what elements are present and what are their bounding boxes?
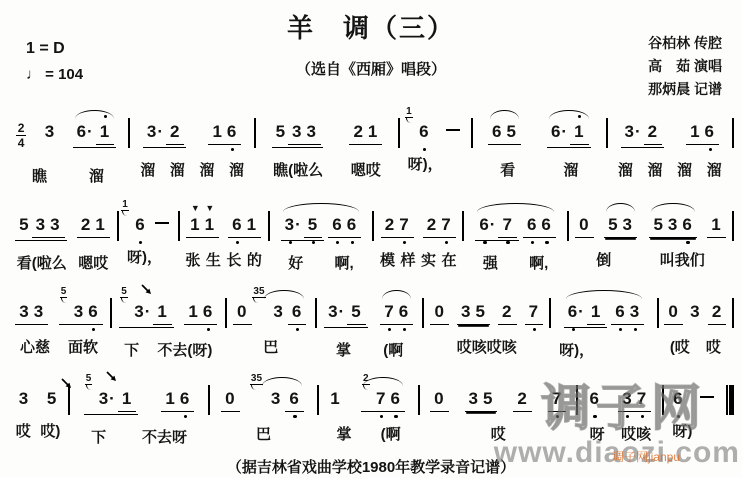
- beam-group: 3·5: [281, 215, 325, 241]
- note: 6: [613, 302, 627, 322]
- note-digit: 1: [690, 122, 700, 142]
- measure-notes: 3·5116: [112, 282, 225, 339]
- beam-group: 1: [707, 215, 725, 238]
- note-digit: 5: [47, 389, 57, 409]
- note: 61: [133, 215, 147, 235]
- measure: 3·216溜溜溜溜: [608, 102, 732, 186]
- note-digit: 3·: [625, 122, 642, 142]
- note-digit: 6: [88, 302, 98, 322]
- note-digit: 6: [589, 389, 599, 409]
- beam-group: 726: [361, 389, 405, 412]
- grace-digit: 2: [362, 373, 370, 385]
- octave-dot-low: [686, 241, 689, 244]
- note-digit: 2: [712, 302, 722, 322]
- octave-dot-low: [626, 415, 629, 418]
- beam-group: 66: [523, 215, 556, 238]
- duration-dash: [446, 129, 460, 131]
- note: 6: [587, 389, 601, 409]
- note-digit: 0: [579, 215, 589, 235]
- octave-dot-low: [139, 241, 142, 244]
- beam-group: 356: [59, 302, 103, 325]
- note: 2: [646, 122, 660, 142]
- measure: 032(哎哎: [659, 282, 732, 360]
- note: 5: [606, 215, 620, 235]
- footer-source-note: （据吉林省戏曲学校1980年教学录音记谱）: [0, 456, 742, 477]
- beam-group: 6·7: [475, 215, 519, 241]
- measure-lyrics: 看溜: [473, 159, 605, 180]
- note: 6: [86, 302, 100, 322]
- beam-group: 16: [208, 122, 241, 145]
- score-header: 羊 调（三） 1 = D ♩ = 104 （选自《西厢》唱段） 谷柏林 传腔 高…: [0, 0, 742, 96]
- note-digit: 3: [271, 389, 281, 409]
- octave-dot-low: [403, 328, 406, 331]
- octave-dot-low: [296, 328, 299, 331]
- beam-group: 35: [457, 302, 490, 325]
- measure-lyrics: 呀)，: [551, 339, 657, 360]
- slur-group: 726: [359, 389, 407, 412]
- measure-notes: 61: [119, 195, 178, 246]
- note-digit: 5: [653, 215, 663, 235]
- lyric-syllable: 巴: [263, 336, 278, 357]
- note: 6: [671, 389, 685, 409]
- grace-digit: 5: [60, 286, 68, 298]
- note-digit: 3·: [328, 302, 345, 322]
- octave-dot-low: [531, 241, 534, 244]
- octave-dot-low: [403, 241, 406, 244]
- note: 3·5: [132, 302, 153, 322]
- measure: 03356巴: [227, 282, 315, 360]
- note: 7: [397, 215, 411, 235]
- grace-hook: [406, 118, 412, 123]
- note-digit: 3·: [99, 389, 116, 409]
- measure-lyrics: 心慈面软: [8, 336, 110, 357]
- note-digit: 6: [232, 215, 242, 235]
- measure: 6·163呀)，: [551, 282, 657, 360]
- lyric-syllable: 溜: [170, 159, 185, 180]
- beam-group: 0: [430, 389, 448, 412]
- measure-lyrics: 瞧(啦么嗯哎: [256, 159, 397, 180]
- note-digit: 7: [441, 215, 451, 235]
- score: 2436·1瞧溜3·216溜溜溜溜53321瞧(啦么嗯哎61呀)，656·1看溜…: [0, 96, 742, 447]
- note-digit: 6·: [77, 122, 94, 142]
- measure: 03527哎咳哎咳: [424, 282, 549, 360]
- beam-group: 6·1: [564, 302, 608, 328]
- beam-group: 16: [686, 122, 719, 145]
- accent-mark: ▼: [191, 198, 200, 218]
- note-digit: 5: [608, 215, 618, 235]
- note-digit: 3·: [285, 215, 302, 235]
- note-digit: 1: [591, 302, 601, 322]
- note-digit: 3: [690, 302, 700, 322]
- note-digit: 6: [347, 215, 357, 235]
- slur-group: 536: [647, 215, 698, 238]
- note-digit: 3: [292, 122, 302, 142]
- beam-group: 0: [664, 302, 682, 325]
- lyric-syllable: 瞧: [32, 165, 47, 186]
- beam-group: 21: [77, 215, 110, 238]
- note: 6: [330, 215, 344, 235]
- grace-note: 1: [121, 199, 129, 216]
- measure-notes: 53321: [256, 102, 397, 159]
- note-digit: 3: [19, 302, 29, 322]
- octave-dot-low: [506, 241, 509, 244]
- beam-group: 6: [285, 389, 303, 412]
- note-digit: 6: [292, 302, 302, 322]
- note-digit: 1: [95, 215, 105, 235]
- lyric-syllable: 的: [247, 249, 262, 270]
- note-digit: 3: [469, 389, 479, 409]
- lyric-syllable: 哎): [40, 420, 60, 441]
- note: 7: [500, 215, 514, 235]
- note: 2: [79, 215, 93, 235]
- beam-group: 63: [611, 302, 644, 325]
- note-digit: 5: [351, 302, 361, 322]
- lyric-syllable: 溜: [89, 165, 104, 186]
- grace-hook: [363, 385, 369, 390]
- beam-group: 65: [488, 122, 521, 145]
- lyric-syllable: 样: [401, 249, 416, 270]
- note-digit: 7: [637, 389, 647, 409]
- lyric-syllable: 不去(呀): [157, 339, 212, 360]
- octave-dot-low: [236, 241, 239, 244]
- page-title: 羊 调（三）: [0, 8, 742, 45]
- note: 0: [666, 302, 680, 322]
- note-digit: 6: [527, 215, 537, 235]
- measure-notes: 1▼1▼61: [180, 195, 268, 249]
- note: 5: [349, 302, 363, 322]
- note: 1▼: [203, 215, 217, 235]
- octave-dot-high: [104, 115, 107, 118]
- note: 335: [271, 302, 285, 322]
- lyric-syllable: 溜: [229, 159, 244, 180]
- note-digit: 6: [180, 389, 190, 409]
- note: 3: [34, 215, 48, 235]
- note: 1: [245, 215, 259, 235]
- measure-lyrics: 呀哎咳: [578, 423, 662, 444]
- octave-dot-low: [92, 328, 95, 331]
- note-digit: 1: [368, 122, 378, 142]
- octave-dot-low: [380, 415, 383, 418]
- note-digit: 1: [165, 389, 175, 409]
- note: 35: [72, 302, 86, 322]
- note-digit: 7: [502, 215, 512, 235]
- octave-dot-low: [709, 148, 712, 151]
- note-digit: 5: [483, 389, 493, 409]
- note: 2: [351, 122, 365, 142]
- note: 1▼: [188, 215, 202, 235]
- note: 72: [374, 389, 388, 409]
- duration-dash: [700, 396, 714, 398]
- octave-dot-low: [556, 415, 559, 418]
- note: 1: [589, 302, 603, 322]
- note-digit: 3: [50, 215, 60, 235]
- measure-notes: 3·576: [317, 282, 423, 339]
- measure: 3·5116下不去(呀): [112, 282, 225, 360]
- note: 1: [163, 389, 177, 409]
- credit-line: 那炳晨 记谱: [648, 78, 722, 101]
- measure: 1726掌(啊: [319, 369, 418, 447]
- note-digit: 3·: [147, 122, 164, 142]
- note: 1: [688, 122, 702, 142]
- measure-lyrics: 掌(啊: [317, 339, 423, 360]
- measure-lyrics: 好啊,: [270, 252, 373, 273]
- credit-line: 高 茹 演唱: [648, 55, 722, 78]
- lyric-syllable: 瞧(啦么: [273, 159, 323, 180]
- note: 6: [539, 215, 553, 235]
- note: 2: [710, 302, 724, 322]
- measure-notes: 33356: [8, 282, 110, 336]
- note: 3: [305, 122, 319, 142]
- beam-group: 2: [513, 389, 531, 412]
- beam-group: 1: [118, 389, 136, 412]
- beam-group: 536: [649, 215, 696, 238]
- measure: 637呀哎咳: [578, 369, 662, 447]
- note-digit: 6: [615, 302, 625, 322]
- lyric-syllable: 哎咳哎咳: [457, 336, 517, 357]
- note-digit: 3: [36, 215, 46, 235]
- measure: 35哎哎): [8, 369, 68, 447]
- note-digit: 7: [376, 389, 386, 409]
- note-digit: 5: [308, 215, 318, 235]
- measure-lyrics: 下不去(呀): [112, 339, 225, 360]
- note: 6: [525, 215, 539, 235]
- subtitle: （选自《西厢》唱段）: [0, 58, 742, 79]
- note: 7: [382, 302, 396, 322]
- note-digit: 6: [673, 389, 683, 409]
- note-digit: 1: [157, 302, 167, 322]
- lyric-syllable: (哎: [670, 336, 690, 357]
- measure-notes: 1726: [319, 369, 418, 423]
- note: 3: [17, 389, 31, 409]
- note: 3: [459, 302, 473, 322]
- lyric-syllable: 呀)，: [559, 339, 594, 360]
- note: 7: [550, 389, 564, 409]
- note-digit: 3: [45, 122, 55, 142]
- time-sig-numerator: 2: [16, 122, 27, 136]
- note-digit: 1: [122, 389, 132, 409]
- note-digit: 5: [19, 215, 29, 235]
- lyric-syllable: 溜: [647, 159, 662, 180]
- measure-notes: 656·1: [473, 102, 605, 159]
- note: 7: [527, 302, 541, 322]
- note: 6: [490, 122, 504, 142]
- beam-group: 6: [288, 302, 306, 325]
- measure: 656·1看溜: [473, 102, 605, 186]
- note-digit: 2: [385, 215, 395, 235]
- lyric-syllable: 哎: [706, 336, 721, 357]
- lyric-syllable: 溜: [563, 159, 578, 180]
- note: 3: [17, 302, 31, 322]
- duration-dash: [155, 222, 169, 224]
- note: 6: [388, 389, 402, 409]
- note-digit: 6: [399, 302, 409, 322]
- grace-digit: 35: [250, 373, 263, 385]
- note-digit: 2: [648, 122, 658, 142]
- note-digit: 0: [434, 302, 444, 322]
- note: 5: [651, 215, 665, 235]
- score-system: 53321看(啦么嗯哎61呀)，1▼1▼61张生长的3·566好啊,2727模样…: [8, 195, 734, 273]
- measure: 53321看(啦么嗯哎: [8, 195, 117, 273]
- score-system: 33356心慈面软3·5116下不去(呀)03356巴3·576掌(啊03527…: [8, 282, 734, 360]
- lyric-syllable: 嗯哎: [78, 252, 108, 273]
- lyric-syllable: 啊,: [529, 252, 548, 273]
- credits: 谷柏林 传腔 高 茹 演唱 那炳晨 记谱: [648, 32, 722, 101]
- note: 6: [345, 215, 359, 235]
- key-signature: 1 = D: [26, 40, 83, 58]
- measure: 2436·1瞧溜: [8, 102, 128, 186]
- beam-group: 2: [498, 302, 516, 325]
- note-digit: 7: [552, 389, 562, 409]
- lyric-syllable: 在: [442, 249, 457, 270]
- lyric-syllable: 溜: [707, 159, 722, 180]
- note-digit: 3: [74, 302, 84, 322]
- beam-group: 0: [575, 215, 593, 238]
- beam-group: 0: [430, 302, 448, 325]
- note-digit: 2: [502, 302, 512, 322]
- octave-dot-low: [423, 148, 426, 151]
- measure: 0535361倒叫我们: [569, 195, 732, 273]
- barline: [732, 211, 734, 241]
- beam-group: 1: [570, 122, 588, 145]
- octave-dot-low: [572, 328, 575, 331]
- slide-arrow-icon: [60, 375, 73, 388]
- measure-lyrics: 看(啦么嗯哎: [8, 252, 117, 273]
- score-system: 2436·1瞧溜3·216溜溜溜溜53321瞧(啦么嗯哎61呀)，656·1看溜…: [8, 102, 734, 186]
- note: 3·: [145, 122, 166, 142]
- lyric-syllable: 倒: [596, 249, 611, 270]
- measure-notes: 032: [659, 282, 732, 336]
- note: 3·: [623, 122, 644, 142]
- note-digit: 1: [247, 215, 257, 235]
- note: 3: [43, 122, 57, 142]
- note: 1: [98, 122, 112, 142]
- note: 3: [467, 389, 481, 409]
- measure-lyrics: 呀)，: [400, 153, 471, 174]
- note: 3·: [326, 302, 347, 322]
- octave-dot-low: [634, 328, 637, 331]
- beam-group: 7: [498, 215, 516, 238]
- note-digit: 1: [205, 215, 215, 235]
- grace-digit: 35: [252, 286, 265, 298]
- lyric-syllable: 张: [185, 249, 200, 270]
- grace-digit: 5: [120, 286, 128, 298]
- note-digit: 1: [188, 302, 198, 322]
- octave-dot-low: [593, 415, 596, 418]
- octave-dot-low: [293, 415, 296, 418]
- note: 6: [230, 215, 244, 235]
- grace-digit: 1: [121, 199, 129, 211]
- note: 3: [290, 122, 304, 142]
- beam-group: 533: [272, 122, 323, 148]
- measure: 3·5116下不去呀: [70, 369, 208, 447]
- lyric-syllable: 模: [380, 249, 395, 270]
- octave-dot-low: [388, 328, 391, 331]
- beam-group: 3·51: [119, 302, 174, 328]
- note: 0: [577, 215, 591, 235]
- note-digit: 7: [529, 302, 539, 322]
- slur-group: 3·566: [279, 215, 364, 241]
- measure-lyrics: 倒叫我们: [569, 249, 732, 270]
- note-digit: 1: [330, 389, 340, 409]
- barline: [732, 298, 734, 328]
- beam-group: 53: [604, 215, 637, 238]
- note-digit: 6: [203, 302, 213, 322]
- measure-notes: 6·163: [551, 282, 657, 339]
- grace-note: 1: [405, 106, 413, 123]
- beam-group: 66: [328, 215, 361, 238]
- note-digit: 0: [668, 302, 678, 322]
- octave-dot-low: [184, 415, 187, 418]
- note: 5: [17, 215, 31, 235]
- measure-notes: 637: [578, 369, 662, 423]
- note-digit: 3: [630, 302, 640, 322]
- note-digit: 1: [190, 215, 200, 235]
- beam-group: 35: [465, 389, 498, 412]
- beam-group: 3·2: [621, 122, 665, 148]
- note-digit: 2: [81, 215, 91, 235]
- beam-group: 61: [228, 215, 261, 238]
- note-digit: 3: [623, 215, 633, 235]
- note-digit: 6: [332, 215, 342, 235]
- beam-group: 533: [15, 215, 66, 241]
- measure: 6呀): [664, 369, 726, 447]
- note: 6·: [75, 122, 96, 142]
- beam-group: 27: [423, 215, 456, 238]
- slur-group: 6·1: [71, 122, 119, 148]
- note: 1: [572, 122, 586, 142]
- note: 3·5: [97, 389, 118, 409]
- note: 6: [201, 302, 215, 322]
- note: 3: [48, 215, 62, 235]
- slide-arrow-icon: [105, 368, 118, 381]
- measure-lyrics: 溜溜溜溜: [608, 159, 732, 180]
- lyric-syllable: 好: [288, 252, 303, 273]
- octave-dot-low: [483, 241, 486, 244]
- note: 61: [417, 122, 431, 142]
- note: 2: [500, 302, 514, 322]
- note-digit: 6: [390, 389, 400, 409]
- measure: 2727模样实在: [374, 195, 462, 273]
- note-digit: 0: [225, 389, 235, 409]
- slur-group: 6·1: [545, 122, 593, 148]
- slur-group: 3356: [258, 389, 306, 412]
- note: 1: [93, 215, 107, 235]
- time-sig-denominator: 4: [18, 136, 25, 149]
- measure-notes: 3·5116: [70, 369, 208, 426]
- note: 5: [45, 389, 59, 409]
- note: 5: [306, 215, 320, 235]
- lyric-syllable: 呀: [590, 423, 605, 444]
- measure: 53321瞧(啦么嗯哎: [256, 102, 397, 186]
- note: 6·: [566, 302, 587, 322]
- grace-hook: [121, 298, 127, 303]
- note: 0: [432, 302, 446, 322]
- lyric-syllable: 溜: [140, 159, 155, 180]
- measure-notes: 61: [400, 102, 471, 153]
- lyric-syllable: (啊: [383, 339, 403, 360]
- measure-lyrics: (哎哎: [659, 336, 732, 357]
- measure-lyrics: 溜溜溜溜: [130, 159, 254, 180]
- measure-notes: 35: [8, 369, 68, 420]
- note-digit: 7: [384, 302, 394, 322]
- measure: 33356心慈面软: [8, 282, 110, 360]
- measure-notes: 03356: [210, 369, 317, 423]
- note: 6: [290, 302, 304, 322]
- lyric-syllable: 下: [91, 426, 106, 447]
- grace-note: 35: [252, 286, 265, 303]
- beam-group: 5: [347, 302, 365, 325]
- beam-group: 7: [525, 302, 543, 325]
